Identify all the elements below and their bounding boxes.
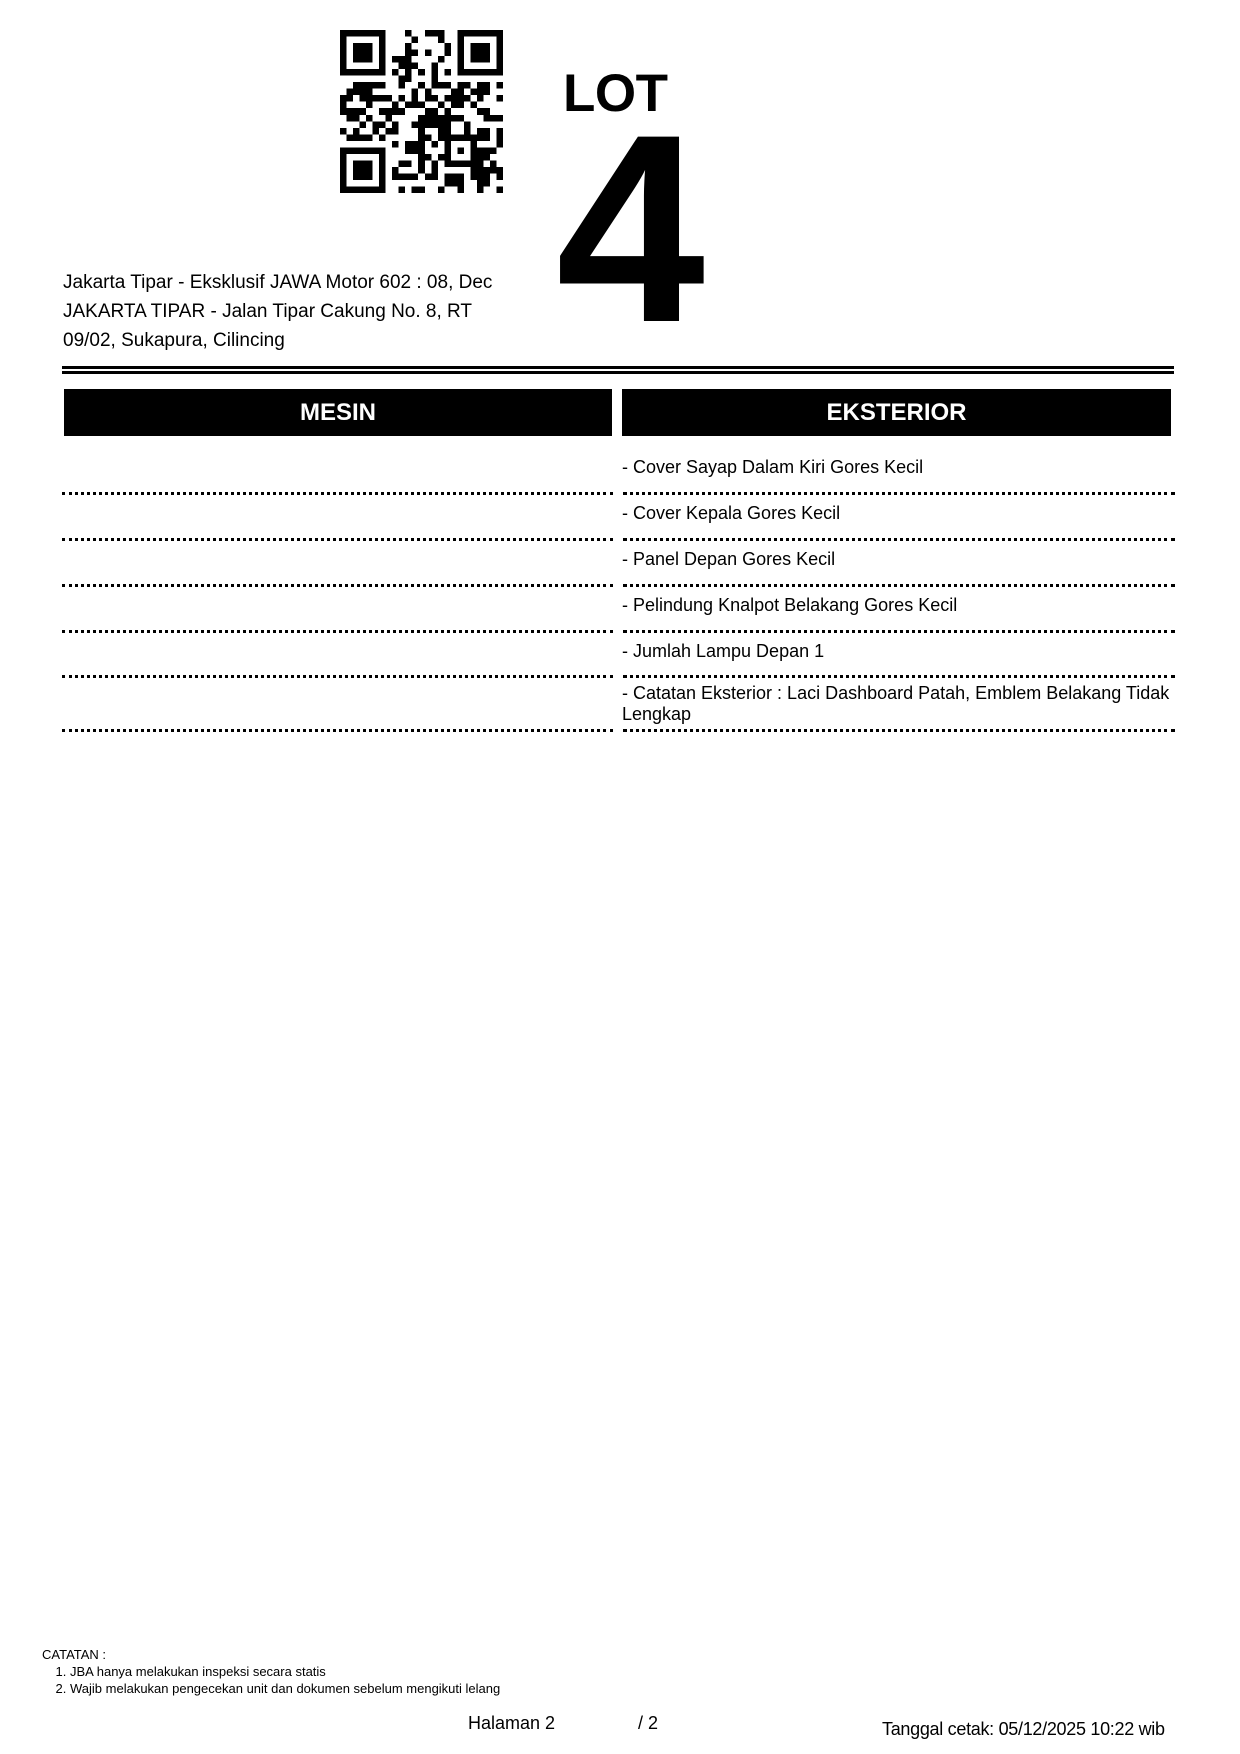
eksterior-cell: - Pelindung Knalpot Belakang Gores Kecil	[622, 595, 1175, 616]
row-separator	[623, 538, 1175, 541]
notes: CATATAN : JBA hanya melakukan inspeksi s…	[42, 1646, 500, 1697]
eksterior-cell: - Catatan Eksterior : Laci Dashboard Pat…	[622, 683, 1175, 725]
row-separator	[62, 492, 613, 495]
row-separator	[623, 630, 1175, 633]
print-date: Tanggal cetak: 05/12/2025 10:22 wib	[882, 1719, 1165, 1740]
notes-list: JBA hanya melakukan inspeksi secara stat…	[42, 1663, 500, 1697]
row-separator	[62, 729, 613, 732]
row-separator	[623, 492, 1175, 495]
column-header-eksterior: EKSTERIOR	[622, 389, 1171, 436]
column-header-mesin: MESIN	[64, 389, 612, 436]
header-divider	[62, 366, 1174, 369]
eksterior-cell: - Jumlah Lampu Depan 1	[622, 641, 1175, 662]
row-separator	[623, 675, 1175, 678]
address-line: JAKARTA TIPAR - Jalan Tipar Cakung No. 8…	[63, 297, 553, 326]
note-item: Wajib melakukan pengecekan unit dan doku…	[70, 1680, 500, 1697]
row-separator	[62, 584, 613, 587]
address-line: 09/02, Sukapura, Cilincing	[63, 326, 553, 355]
page-total: / 2	[638, 1713, 658, 1734]
row-separator	[62, 538, 613, 541]
address-line: Jakarta Tipar - Eksklusif JAWA Motor 602…	[63, 268, 553, 297]
eksterior-cell: - Cover Sayap Dalam Kiri Gores Kecil	[622, 457, 1175, 478]
note-item: JBA hanya melakukan inspeksi secara stat…	[70, 1663, 500, 1680]
row-separator	[623, 584, 1175, 587]
row-separator	[62, 630, 613, 633]
eksterior-cell: - Panel Depan Gores Kecil	[622, 549, 1175, 570]
notes-title: CATATAN :	[42, 1646, 500, 1663]
page-number: Halaman 2	[468, 1713, 555, 1734]
eksterior-cell: - Cover Kepala Gores Kecil	[622, 503, 1175, 524]
lot-number: 4	[556, 88, 705, 368]
row-separator	[623, 729, 1175, 732]
header-divider	[62, 371, 1174, 374]
row-separator	[62, 675, 613, 678]
auction-address: Jakarta Tipar - Eksklusif JAWA Motor 602…	[63, 268, 553, 355]
qr-code-icon	[340, 30, 503, 193]
